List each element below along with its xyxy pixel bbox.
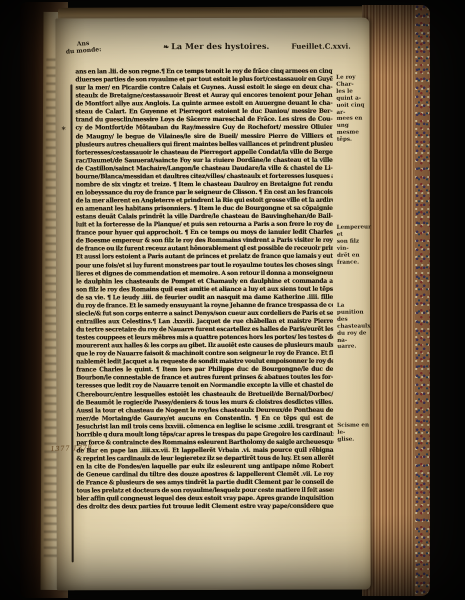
text-line: cy de Montfort/de Mõtauban du Ray/messir… xyxy=(76,124,333,133)
margin-note-navarre-castles: La punition des chasteaulx du roy de na-… xyxy=(337,302,373,351)
text-line: de Beaumõt le rogier/de Passy/deniers & … xyxy=(76,398,333,407)
margin-note-schism: Scisme en le- glise. xyxy=(337,422,372,443)
text-line: Aussi la tour et chasteau de Nogent le r… xyxy=(76,406,333,415)
text-line: forteresses/cestassauoir le chasteau de … xyxy=(76,148,333,157)
text-line: des droitz des deux parties fut trouue l… xyxy=(77,503,334,512)
margin-heading-ans-du-monde: Ans du monde: xyxy=(57,38,110,56)
marbled-edge xyxy=(415,5,430,596)
text-line: de Maugny/ le begue de Vilaines/le sire … xyxy=(76,132,333,141)
margin-asterisk: * xyxy=(62,124,66,134)
margin-note-emperor-visit: Lempereur et son filz vin- drẽt en franc… xyxy=(337,224,372,266)
text-line: Et aussi lors estoient a Paris autant de… xyxy=(76,253,333,262)
book-photo: Ans du monde: ❧La Mer des hystoires. Fue… xyxy=(0,0,465,600)
page-edges xyxy=(362,5,430,596)
body-text: ans en lan .lii. de son regne.¶ En ce te… xyxy=(75,68,333,515)
text-line: lieres et dignes de commendation et memo… xyxy=(76,269,333,278)
text-line: le daulphin les chasteaulx de Pompet et … xyxy=(76,277,333,286)
running-title-text: La Mer des hystoires. xyxy=(171,41,269,51)
fleuron-icon: ❧ xyxy=(163,42,169,51)
text-line: pour une fois/et si luy furent monstrees… xyxy=(76,261,333,270)
folio-number: Fueillet.C.xxvi. xyxy=(291,42,369,51)
margin-note-five-armies: Le roy Char- les le quint a- uoit cinq a… xyxy=(336,74,372,143)
book-page: Ans du monde: ❧La Mer des hystoires. Fue… xyxy=(55,18,370,591)
text-line: plusieurs autres cheualiers qui firent m… xyxy=(76,140,333,149)
column-rule xyxy=(70,84,74,562)
running-title: ❧La Mer des hystoires. xyxy=(141,41,291,51)
text-line: teresses que ledit roy de Nauarre tenoit… xyxy=(76,382,333,391)
text-line: Cherebourc/entre lesquelles estoiẽt les … xyxy=(76,390,333,399)
